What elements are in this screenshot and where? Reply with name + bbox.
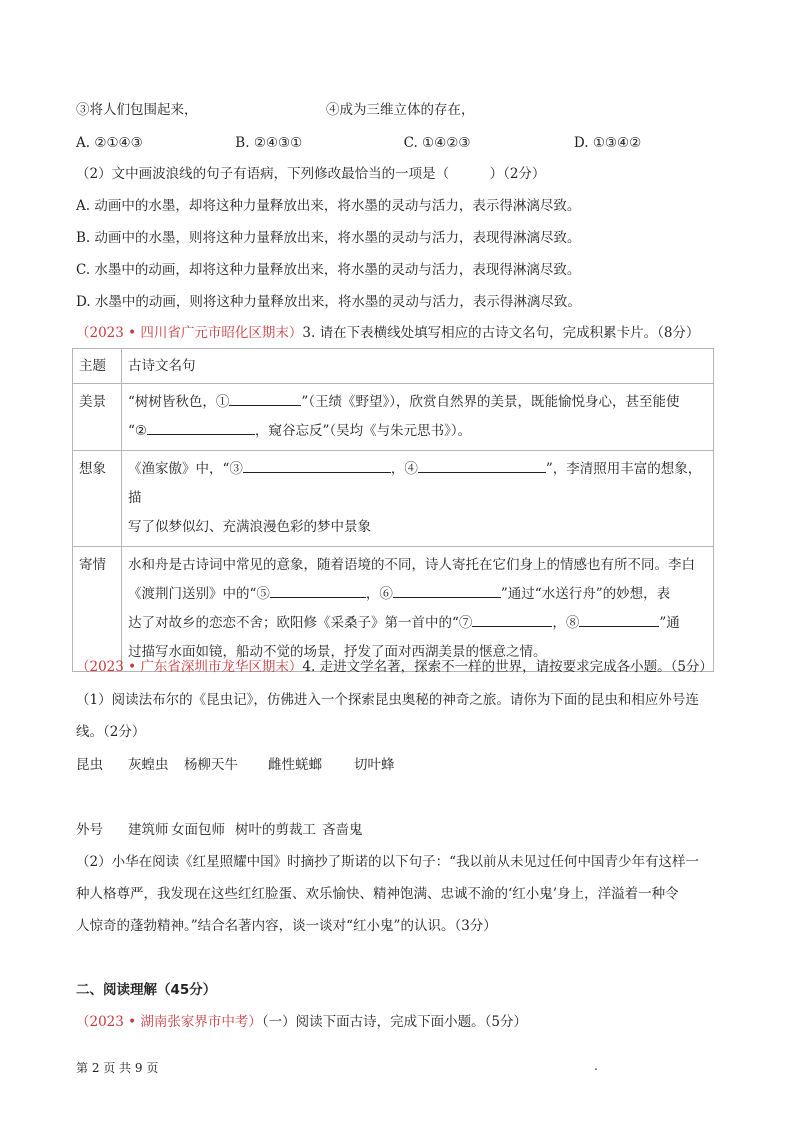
nickname-item[interactable]: 女面包师 [171, 820, 235, 840]
nickname-item[interactable]: 吝啬鬼 [322, 822, 363, 838]
item-4: ④成为三维立体的存在， [326, 100, 475, 120]
insect-item[interactable]: 杨柳天牛 [184, 755, 268, 775]
sub2-option-a: A. 动画中的水墨，却将这种力量释放出来，将水墨的灵动与活力，表示得淋漓尽致。 [76, 196, 580, 216]
answer-blank-3[interactable] [243, 456, 391, 473]
q4-sub2-line1: （2）小华在阅读《红星照耀中国》时摘抄了斯诺的以下句子：“我以前从未见过任何中国… [76, 852, 699, 872]
accumulation-card-table: 主题 古诗文名句 美景 “树树皆秋色，①”（王绩《野望》），欣赏自然界的美景，既… [72, 348, 714, 672]
nicknames-label: 外号 [76, 820, 128, 840]
insect-item[interactable]: 切叶蜂 [354, 757, 395, 773]
answer-blank-4[interactable] [418, 456, 546, 473]
q4-sub2-line3: 人惊奇的蓬勃精神。”结合名著内容，谈一谈对“红小鬼”的认识。（3分） [76, 916, 497, 936]
header-quotes: 古诗文名句 [122, 349, 714, 384]
row-theme: 想象 [73, 451, 122, 547]
header-theme: 主题 [73, 349, 122, 384]
answer-blank-1[interactable] [229, 389, 301, 406]
insect-item[interactable]: 雌性蜣螂 [268, 755, 354, 775]
item-3: ③将人们包围起来， [76, 100, 198, 120]
row-content: “树树皆秋色，①”（王绩《野望》），欣赏自然界的美景，既能愉悦身心，甚至能使 “… [122, 384, 714, 451]
source-tag: （2023 • 湖南张家界市中考） [76, 1014, 262, 1030]
insects-label: 昆虫 [76, 755, 128, 775]
question-4: （2023 • 广东省深圳市龙华区期末）4. 走进文学名著，探索不一样的世界，请… [76, 657, 713, 677]
answer-blank-2[interactable] [147, 418, 255, 435]
table-row: 美景 “树树皆秋色，①”（王绩《野望》），欣赏自然界的美景，既能愉悦身心，甚至能… [73, 384, 714, 451]
insect-item[interactable]: 灰蝗虫 [128, 755, 184, 775]
sub2-option-c: C. 水墨中的动画，却将这种力量释放出来，将水墨的灵动与活力，表现得淋漓尽致。 [76, 260, 580, 280]
sub2-option-d: D. 水墨中的动画，则将这种力量释放出来，将水墨的灵动与活力，表示得淋漓尽致。 [76, 292, 581, 312]
nicknames-row: 外号建筑师女面包师树叶的剪裁工吝啬鬼 [76, 820, 363, 840]
order-option-d: D. ①③④② [574, 133, 641, 153]
nickname-item[interactable]: 树叶的剪裁工 [235, 820, 322, 840]
q4-sub1-line1: （1）阅读法布尔的《昆虫记》，仿佛进入一个探索昆虫奥秘的神奇之旅。请你为下面的昆… [76, 690, 699, 710]
footer-dot: . [594, 1059, 598, 1073]
row-theme: 美景 [73, 384, 122, 451]
answer-blank-5[interactable] [270, 581, 366, 598]
answer-blank-7[interactable] [472, 610, 552, 627]
order-option-a: A. ②①④③ [76, 133, 231, 153]
insects-row: 昆虫灰蝗虫杨柳天牛雌性蜣螂切叶蜂 [76, 755, 395, 775]
q4-sub1-line2: 线。（2分） [76, 722, 145, 742]
page-number: 第 2 页 共 9 页 [76, 1059, 158, 1076]
row-theme: 寄情 [73, 547, 122, 672]
question-stem: （一）阅读下面古诗，完成下面小题。（5分） [262, 1014, 527, 1030]
sub2-option-b: B. 动画中的水墨，则将这种力量释放出来，将水墨的灵动与活力，表现得淋漓尽致。 [76, 228, 581, 248]
order-option-c: C. ①④②③ [404, 133, 570, 153]
source-tag: （2023 • 四川省广元市昭化区期末） [76, 325, 302, 341]
question-stem: 4. 走进文学名著，探索不一样的世界，请按要求完成各小题。（5分） [302, 659, 713, 675]
table-row: 想象 《渔家傲》中，“③，④”，李清照用丰富的想象，描 写了似梦似幻、充满浪漫色… [73, 451, 714, 547]
question-3: （2023 • 四川省广元市昭化区期末）3. 请在下表横线处填写相应的古诗文名句… [76, 323, 699, 343]
order-option-b: B. ②④③① [235, 133, 399, 153]
question-stem: 3. 请在下表横线处填写相应的古诗文名句，完成积累卡片。（8分） [302, 325, 699, 341]
section2-question: （2023 • 湖南张家界市中考）（一）阅读下面古诗，完成下面小题。（5分） [76, 1012, 527, 1032]
row-content: 水和舟是古诗词中常见的意象，随着语境的不同，诗人寄托在它们身上的情感也有所不同。… [122, 547, 714, 672]
order-options: A. ②①④③ B. ②④③① C. ①④②③ D. ①③④② [76, 133, 641, 153]
row-content: 《渔家傲》中，“③，④”，李清照用丰富的想象，描 写了似梦似幻、充满浪漫色彩的梦… [122, 451, 714, 547]
table-header-row: 主题 古诗文名句 [73, 349, 714, 384]
answer-blank-6[interactable] [393, 581, 501, 598]
source-tag: （2023 • 广东省深圳市龙华区期末） [76, 659, 302, 675]
table-row: 寄情 水和舟是古诗词中常见的意象，随着语境的不同，诗人寄托在它们身上的情感也有所… [73, 547, 714, 672]
answer-blank-8[interactable] [579, 610, 659, 627]
nickname-item[interactable]: 建筑师 [128, 820, 171, 840]
sub2-prompt: （2）文中画波浪线的句子有语病，下列修改最恰当的一项是（ ）（2分） [76, 164, 545, 184]
q4-sub2-line2: 种人格尊严，我发现在这些红红脸蛋、欢乐愉快、精神饱满、忠诚不渝的‘红小鬼’身上，… [76, 884, 679, 904]
section-heading: 二、阅读理解（45分） [76, 980, 216, 1000]
